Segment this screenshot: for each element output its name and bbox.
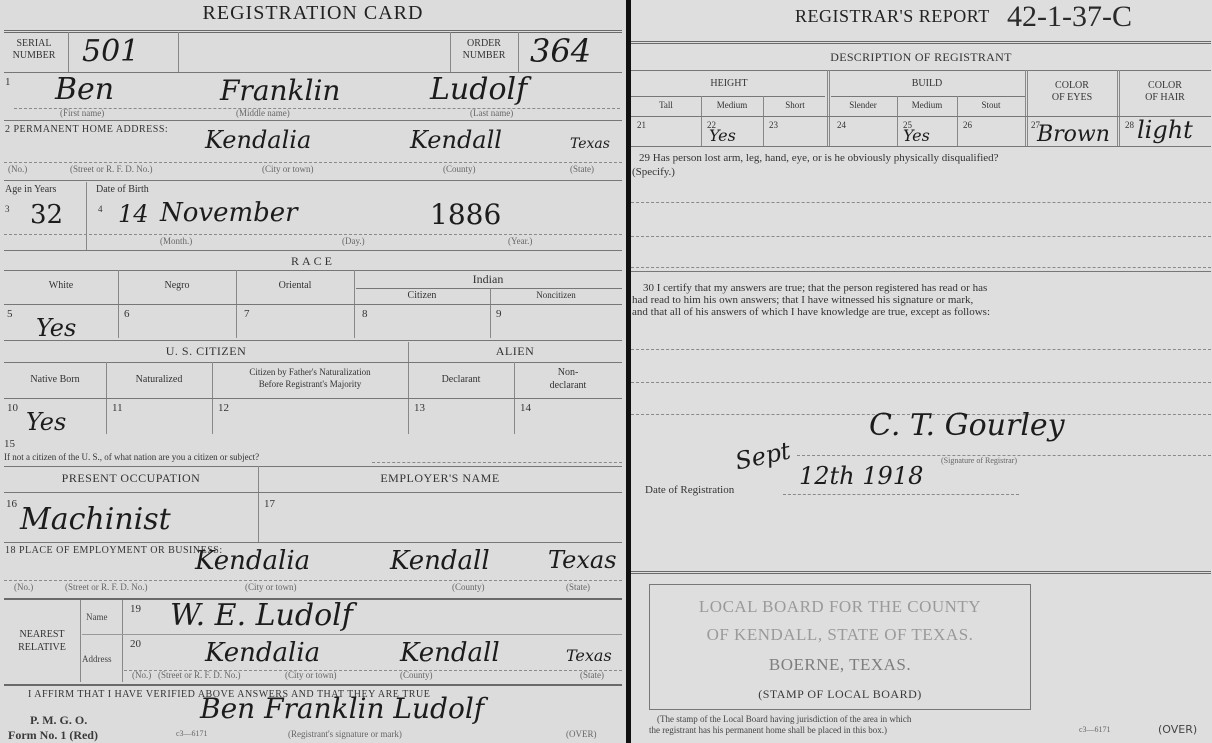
race-header: RACE xyxy=(0,254,626,269)
stamp-note: (The stamp of the Local Board having jur… xyxy=(657,714,911,736)
hair-header: COLOR OF HAIR xyxy=(1119,80,1211,104)
q29-text: 29 Has person lost arm, leg, hand, eye, … xyxy=(639,152,999,164)
home-address-label: 2 PERMANENT HOME ADDRESS: xyxy=(5,124,168,135)
stamp-caption: (STAMP OF LOCAL BOARD) xyxy=(650,687,1030,702)
dob-year: 1886 xyxy=(430,198,501,231)
home-address-city: Kendalia xyxy=(205,126,311,154)
place-of-employment-label: 18 PLACE OF EMPLOYMENT OR BUSINESS: xyxy=(5,545,223,556)
q30-text: 30 I certify that my answers are true; t… xyxy=(643,282,990,318)
employment-state: Texas xyxy=(548,546,617,574)
stamp-line-1: LOCAL BOARD FOR THE COUNTY xyxy=(650,597,1030,617)
dob-day: 14 xyxy=(118,200,149,228)
local-board-stamp-box: LOCAL BOARD FOR THE COUNTY OF KENDALL, S… xyxy=(649,584,1031,710)
registration-card: REGISTRATION CARD SERIAL NUMBER 501 ORDE… xyxy=(0,0,626,743)
relative-name-value: W. E. Ludolf xyxy=(170,598,353,633)
serial-number-value: 501 xyxy=(82,34,139,69)
first-name-value: Ben xyxy=(55,72,114,107)
registrars-report: REGISTRAR'S REPORT 42-1-37-C DESCRIPTION… xyxy=(631,0,1212,743)
registrar-signature: C. T. Gourley xyxy=(869,408,1065,443)
race-white-value: Yes xyxy=(36,314,76,342)
dob-month: November xyxy=(160,198,298,228)
relative-address-state: Texas xyxy=(566,646,612,665)
middle-name-value: Franklin xyxy=(220,74,340,107)
eyes-header: COLOR OF EYES xyxy=(1027,80,1117,104)
stamp-line-3: BOERNE, TEXAS. xyxy=(650,655,1030,675)
registrant-signature: Ben Franklin Ludolf xyxy=(200,692,484,725)
eye-color-value: Brown xyxy=(1037,122,1110,147)
home-address-state: Texas xyxy=(570,136,610,152)
stamp-number: 42-1-37-C xyxy=(1007,0,1132,34)
card-title: REGISTRATION CARD xyxy=(0,2,626,25)
age-label: Age in Years xyxy=(5,184,56,195)
registration-date-month: Sept xyxy=(733,437,793,476)
report-title: REGISTRAR'S REPORT xyxy=(795,6,990,27)
stamp-line-2: OF KENDALL, STATE OF TEXAS. xyxy=(650,625,1030,645)
employment-county: Kendall xyxy=(390,546,490,576)
home-address-county: Kendall xyxy=(410,126,502,154)
us-citizen-header: U. S. CITIZEN xyxy=(4,344,408,359)
date-of-registration-label: Date of Registration xyxy=(645,484,734,496)
relative-address-county: Kendall xyxy=(400,638,500,668)
relative-address-city: Kendalia xyxy=(205,638,320,668)
q15-text: If not a citizen of the U. S., of what n… xyxy=(4,452,259,462)
alien-header: ALIEN xyxy=(408,344,622,359)
employment-city: Kendalia xyxy=(195,546,310,576)
height-medium-value: Yes xyxy=(709,126,736,145)
form-id-line-1: P. M. G. O. xyxy=(30,713,87,728)
occupation-header: PRESENT OCCUPATION xyxy=(4,471,258,486)
occupation-value: Machinist xyxy=(20,502,171,537)
nearest-relative-label: NEAREST RELATIVE xyxy=(4,628,80,654)
hair-color-value: light xyxy=(1137,116,1193,144)
description-header: DESCRIPTION OF REGISTRANT xyxy=(631,50,1211,65)
native-born-value: Yes xyxy=(26,408,66,436)
dob-label: Date of Birth xyxy=(96,184,149,195)
last-name-value: Ludolf xyxy=(430,72,527,107)
age-value: 32 xyxy=(30,200,63,230)
serial-number-label: SERIAL NUMBER xyxy=(4,38,64,62)
order-number-value: 364 xyxy=(530,32,591,70)
order-number-label: ORDER NUMBER xyxy=(452,38,516,62)
employer-header: EMPLOYER'S NAME xyxy=(258,471,622,486)
form-id-line-2: Form No. 1 (Red) xyxy=(8,728,98,743)
registration-date-day-year: 12th 1918 xyxy=(799,462,923,490)
build-medium-value: Yes xyxy=(903,126,930,145)
